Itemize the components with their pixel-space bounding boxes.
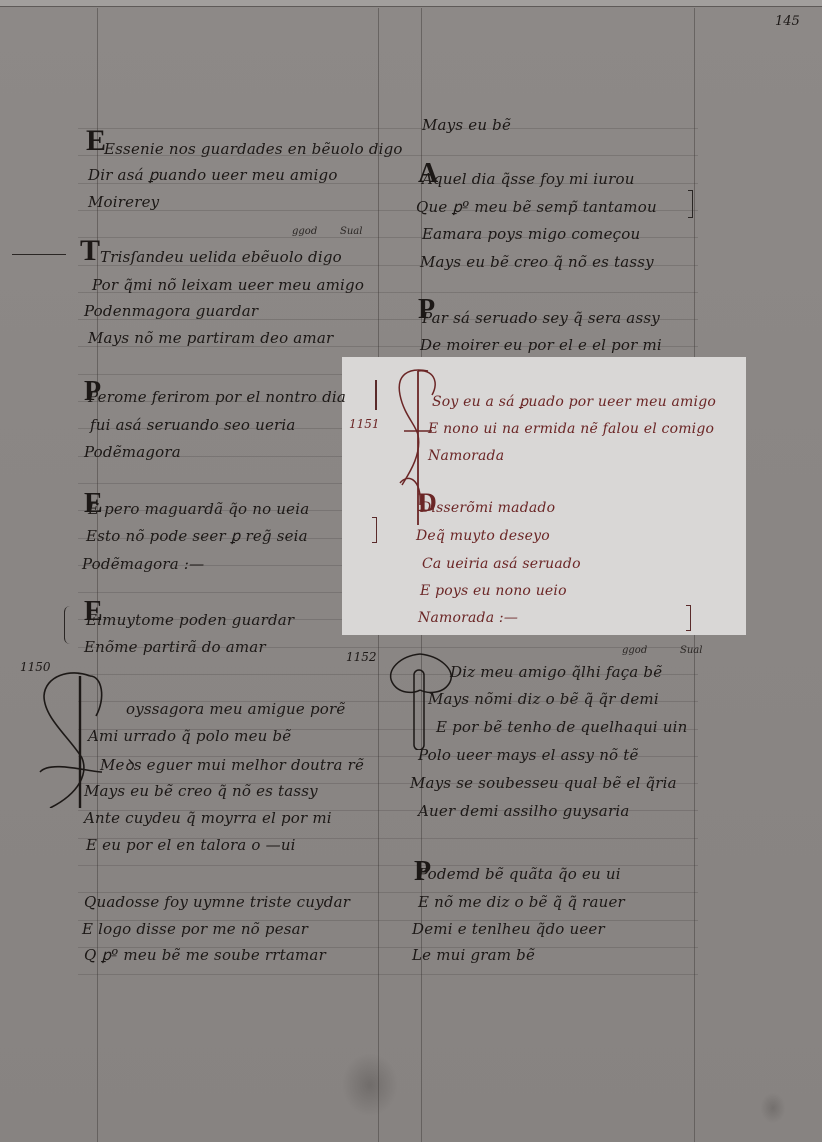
marginal-note: ggod: [292, 226, 317, 237]
verse-line: Dir asá ꝑuando ueer meu amigo: [88, 166, 338, 184]
verse-line: E nõ me diz o bẽ q̃ q̃ rauer: [418, 893, 625, 911]
verse-line: Meꝺs eguer mui melhor doutra rẽ: [100, 755, 364, 775]
verse-line: Eamara poys migo começou: [422, 225, 640, 243]
verse-line: E nono ui na ermida nẽ falou el comigo: [428, 421, 714, 437]
verse-line: Esto nõ pode seer ꝑ reg̃ seia: [86, 527, 308, 545]
verse-line: Demi e tenlheu q̃do ueer: [412, 920, 605, 938]
verse-line: Podẽmagora: [84, 443, 181, 461]
manuscript-page: 145 E Essenie nos guardades en bẽuolo di…: [0, 0, 822, 1142]
verse-line: Q ꝑº meu bẽ me soube rrtamar: [84, 946, 326, 964]
verse-line: Quadosse foy uymne triste cuydar: [84, 893, 350, 911]
verse-line: Auer demi assilho guysaria: [418, 802, 629, 820]
initial-letter: T: [80, 236, 100, 266]
verse-line: Namorada: [428, 448, 504, 464]
verse-line: Mays nõmi diz o bẽ q̃ q̃r demi: [428, 690, 659, 708]
verse-line: oyssagora meu amigue porẽ: [126, 700, 345, 718]
verse-line: Mays se soubesseu qual bẽ el q̃ria: [410, 774, 677, 792]
verse-line: Mays eu bẽ creo q̃ nõ es tassy: [420, 253, 654, 271]
marginal-note: Sual: [340, 226, 362, 237]
bracket-mark: [686, 605, 691, 631]
bracket-mark: [372, 517, 377, 543]
verse-line: Mays nõ me partiram deo amar: [88, 329, 333, 347]
verse-line: Que ꝑº meu bẽ semp̃ tantamou: [416, 198, 657, 216]
verse-line: De moirer eu por el e el por mi: [420, 336, 662, 354]
verse-line: Deq̃ muyto deseyo: [416, 528, 550, 544]
verse-line: Par sá seruado sey q̃ sera assy: [422, 309, 660, 327]
ruling-line: [78, 974, 698, 975]
verse-line: E poys eu nono ueio: [420, 583, 567, 599]
verse-line: Perome ferirom por el nontro dia: [88, 388, 346, 406]
verse-line: E eu por el en talora o —ui: [86, 836, 296, 854]
verse-line: Le mui gram bẽ: [412, 946, 535, 964]
marginal-note: Sual: [680, 645, 702, 656]
verse-line: Por q̃mi nõ leixam ueer meu amigo: [92, 276, 364, 294]
verse-line: Essenie nos guardades en bẽuolo digo: [104, 140, 403, 158]
verse-line: Diz meu amigo q̃lhi faça bẽ: [450, 663, 662, 681]
verse-line: Soy eu a sá ꝑuado por ueer meu amigo: [432, 394, 716, 410]
verse-line: Mays eu bẽ creo q̃ nõ es tassy: [84, 782, 318, 800]
margin-dash: [12, 254, 66, 255]
verse-line: Enõme partirã do amar: [84, 638, 266, 656]
verse-line: Ca ueiria asá seruado: [422, 556, 581, 572]
verse-line: Ante cuydeu q̃ moyrra el por mi: [84, 809, 332, 827]
page-top-edge: [0, 0, 822, 7]
initial-letter: E: [86, 126, 106, 156]
verse-line: E logo disse por me nõ pesar: [82, 920, 308, 938]
verse-line: Aquel dia q̃sse foy mi iurou: [422, 170, 635, 188]
verse-line: Podẽmagora :—: [82, 555, 204, 573]
verse-line: Ami urrado q̃ polo meu bẽ: [88, 727, 291, 745]
song-number: 1151: [349, 417, 380, 431]
verse-line: E pero maguardã q̃o no ueia: [88, 500, 309, 518]
verse-line: Mays eu bẽ: [422, 116, 511, 134]
bracket-mark: [688, 190, 693, 218]
verse-line: Moirerey: [88, 193, 159, 211]
folio-number: 145: [775, 14, 800, 29]
bracket-mark: [64, 606, 71, 644]
margin-mark: [375, 380, 377, 410]
verse-line: E por bẽ tenho de quelhaqui uin: [436, 718, 688, 736]
verse-line: Disserõmi madado: [420, 500, 555, 516]
marginal-note: ggod: [622, 645, 647, 656]
verse-line: Trisſandeu uelida ebẽuolo digo: [100, 248, 342, 266]
ruling-line: [78, 128, 698, 129]
verse-line: Polo ueer mays el assy nõ tẽ: [418, 746, 639, 764]
song-number: 1152: [346, 650, 377, 664]
verse-line: Podenmagora guardar: [84, 302, 258, 320]
verse-line: Podemd bẽ quãta q̃o eu ui: [418, 865, 621, 883]
verse-line: fui asá seruando seo ueria: [90, 416, 296, 434]
verse-line: Namorada :—: [418, 610, 518, 626]
verse-line: Eimuytome poden guardar: [86, 611, 294, 629]
